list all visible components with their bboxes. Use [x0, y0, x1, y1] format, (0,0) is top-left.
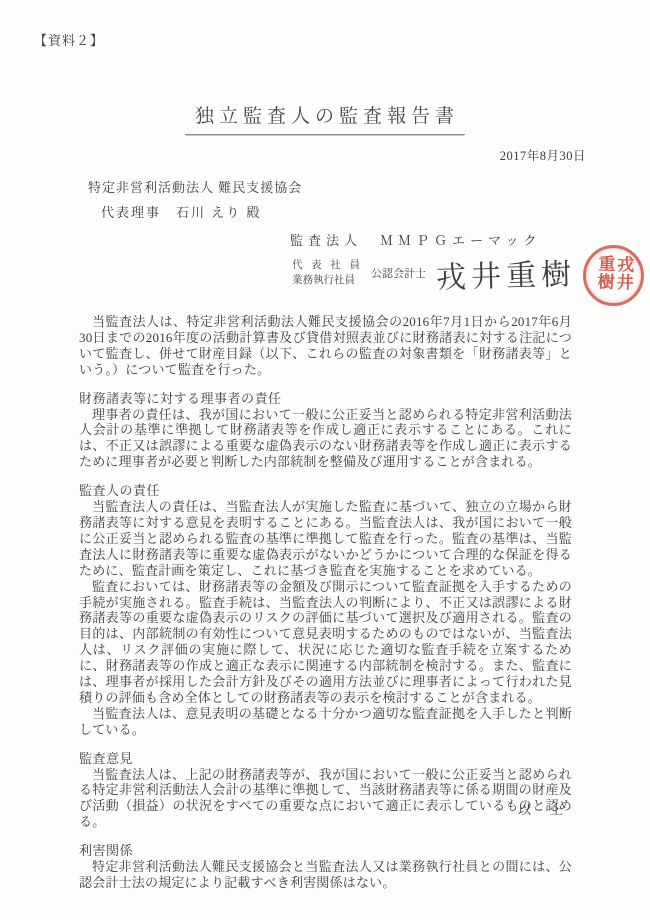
section-audit-opinion: 監査意見 当監査法人は、上記の財務諸表等が、我が国において一般に公正妥当と認めら… — [79, 751, 572, 831]
audit-report-page: 【資料２】 独立監査人の監査報告書 2017年8月30日 特定非営利活動法人 難… — [0, 0, 650, 920]
intro-paragraph: 当監査法人は、特定非営利活動法人難民支援協会の2016年7月1日から2017年6… — [79, 314, 572, 378]
representative-title: 代表社員 — [292, 258, 360, 273]
report-body: 当監査法人は、特定非営利活動法人難民支援協会の2016年7月1日から2017年6… — [79, 314, 572, 891]
page-title: 独立監査人の監査報告書 — [0, 101, 650, 135]
section-conflicts-of-interest: 利害関係 特定非営利活動法人難民支援協会と当監査法人又は業務執行社員との間には、… — [79, 843, 572, 891]
seal-characters: 戎井重樹 — [594, 254, 633, 295]
signature-block: 代表社員 業務執行社員 公認会計士 戎井重樹 戎井重樹 — [292, 242, 644, 304]
section-auditor-responsibility: 監査人の責任 当監査法人の責任は、当監査法人が実施した監査に基づいて、独立の立場… — [79, 483, 572, 738]
page-title-text: 独立監査人の監査報告書 — [185, 101, 465, 135]
document-tag-label: 【資料２】 — [34, 30, 104, 49]
section-paragraph: 理事者の責任は、我が国において一般に公正妥当と認められる特定非営利活動法人会計の… — [79, 407, 572, 471]
section-paragraph: 特定非営利活動法人難民支援協会と当監査法人又は業務執行社員との間には、公認会計士… — [79, 859, 572, 891]
personal-seal-stamp: 戎井重樹 — [583, 245, 644, 306]
representative-titles: 代表社員 業務執行社員 — [292, 258, 360, 288]
section-paragraph: 監査においては、財務諸表等の金額及び開示について監査証拠を入手するための手続が実… — [79, 579, 572, 706]
section-paragraph: 当監査法人は、上記の財務諸表等が、我が国において一般に公正妥当と認められる特定非… — [79, 767, 572, 831]
section-heading: 監査意見 — [79, 751, 572, 767]
report-date: 2017年8月30日 — [500, 146, 586, 164]
cpa-qualification: 公認会計士 — [371, 265, 426, 281]
addressee-person: 代表理事 石川 えり 殿 — [101, 202, 262, 221]
section-heading: 監査人の責任 — [79, 483, 572, 499]
section-paragraph: 当監査法人の責任は、当監査法人が実施した監査に基づいて、独立の立場から財務諸表等… — [79, 499, 572, 579]
addressee-organization: 特定非営利活動法人 難民支援協会 — [88, 177, 302, 196]
closing-mark: 以 上 — [518, 799, 566, 818]
auditor-signature: 戎井重樹 — [435, 249, 576, 297]
section-paragraph: 当監査法人は、意見表明の基礎となる十分かつ適切な監査証拠を入手したと判断している… — [79, 706, 572, 738]
section-heading: 利害関係 — [79, 843, 572, 859]
executive-partner-title: 業務執行社員 — [292, 273, 360, 288]
section-heading: 財務諸表等に対する理事者の責任 — [79, 391, 572, 407]
section-management-responsibility: 財務諸表等に対する理事者の責任 理事者の責任は、我が国において一般に公正妥当と認… — [79, 391, 572, 471]
